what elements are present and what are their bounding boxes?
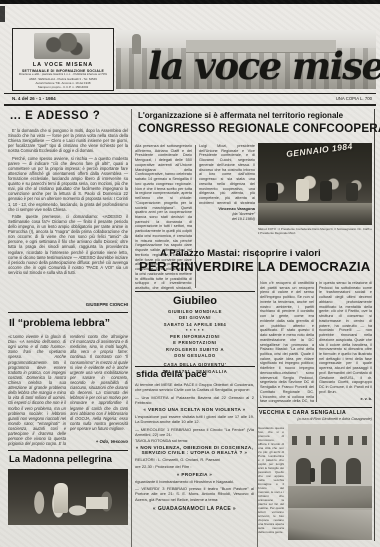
pace-tavola-title: « NON VIOLENZA, OBIEZIONE DI COSCIENZA, … — [135, 445, 254, 455]
building-arch-2 — [321, 458, 336, 484]
pace-film: ore 22.30 : Proiezione del Film : — [135, 464, 254, 469]
democrazia-col1: Non c'è recupero di credibilità dei part… — [260, 281, 314, 403]
congresso-photo-caption: NELLA FOTO : il Presidente Confederale D… — [258, 228, 372, 236]
congresso-headline: CONGRESSO REGIONALE CONFCOOPERATIVE — [138, 122, 376, 135]
newspaper-title: la voce misena — [148, 44, 380, 88]
pace-tavola: TAVOLA ROTONDA sul tema: — [135, 438, 254, 443]
building-wall-base — [288, 486, 372, 508]
pace-intro: Al termine del MESE della PACE il Gruppo… — [135, 382, 254, 392]
pace-film-note: riguardante il bombardamento di Hiroshim… — [135, 479, 254, 484]
logo-fineprint-4: Stampa in proprio - C.C.P. n. 15014602 — [16, 86, 110, 90]
building-foreground-street — [288, 510, 372, 540]
congresso-photo: GENNAIO 1984 — [258, 143, 372, 225]
divider-democrazia-cols — [316, 282, 317, 402]
lebbra-signature: + Odo, Vescovo — [70, 439, 128, 444]
adesso-headline: ... E ADESSO ? — [10, 110, 100, 122]
congresso-photo-banner-text: GENNAIO 1984 — [286, 143, 354, 159]
congresso-byline-source: (da "Avvenire" — [199, 212, 255, 216]
adesso-paragraph-1: E' la domanda che si pongono in molti, d… — [8, 128, 128, 154]
rule-above-vecchia — [258, 407, 372, 408]
rule-below-dateline — [4, 104, 376, 106]
adesso-paragraph-3: Fatte queste premesse, ci domandiamo: «A… — [8, 214, 128, 275]
democrazia-col2: In questo senso la relazione di Pedocci … — [319, 281, 372, 395]
building-arch-3 — [346, 458, 361, 484]
newspaper-front-page: LA VOCE MISENA SETTIMANALE DI INFORMAZIO… — [0, 0, 380, 547]
madonna-photo — [8, 469, 128, 525]
giubileo-line-8: DON GESUALDO — [135, 353, 255, 359]
madonna-headline: La Madonna pellegrina — [9, 454, 112, 465]
building-arch-1 — [296, 458, 311, 484]
logo-title: LA VOCE MISENA — [13, 62, 113, 68]
pace-mostra-title: « VERSO UNA SCELTA NON VIOLENTA » — [135, 407, 254, 412]
building-window-row — [292, 436, 368, 445]
issue-number: N. 4 del 26 - 1 - 1984 — [12, 96, 56, 101]
democrazia-headline: PER RINVERDIRE LA DEMOCRAZIA — [139, 259, 375, 274]
madonna-photo-priest-figure — [54, 483, 68, 513]
rule-above-madonna — [8, 450, 128, 451]
adesso-paragraph-2: Perché, come spesso avviene, si rischia … — [8, 156, 128, 212]
pace-film-title: « PROFEZIA » — [135, 472, 254, 477]
scan-edge-top — [0, 0, 380, 4]
lebbra-col2: rendersi conto che all'origine c'è manca… — [70, 334, 128, 438]
madonna-photo-altar-cloth — [86, 497, 108, 509]
lebbra-col1: «L'uomo vivente è la gloria di Dio». «A … — [8, 334, 66, 446]
divider-left-main — [131, 109, 132, 547]
rule-above-dateline — [4, 93, 376, 94]
congresso-photo-figure-1 — [266, 183, 278, 201]
adesso-body: E' la domanda che si pongono in molti, d… — [8, 128, 128, 300]
pace-headline: sfida della pace — [136, 369, 207, 380]
democrazia-kicker: A Palazzo Mastai: riscoprire i valori — [160, 248, 321, 259]
congresso-photo-figure-4 — [346, 183, 358, 201]
pace-mostra-note: L'esposizione può essere visitata tutti … — [135, 414, 254, 424]
congresso-col2: Luigi Miozi, presidente dell'Unione Regi… — [199, 144, 255, 204]
vecchia-subtitle: (a cura di Rino Girolimetti e Adria Casa… — [258, 417, 372, 421]
congresso-byline: Vincenzo Varagona — [199, 206, 255, 211]
pace-list: Al termine del MESE della PACE il Gruppo… — [135, 382, 254, 545]
panorama-tower — [132, 34, 141, 54]
democrazia-initials: e. v. b. — [319, 397, 372, 401]
congresso-photo-figure-2 — [296, 179, 309, 201]
giubileo-title: Giubileo — [135, 295, 255, 307]
vecchia-building-photo — [288, 424, 372, 540]
copy-price: UNA COPIA L. 700 — [296, 96, 372, 101]
rule-below-giubileo — [135, 366, 255, 367]
vecchia-title: VECCHIA E CARA SENIGALLIA — [259, 410, 346, 416]
congresso-photo-table — [258, 203, 372, 210]
congresso-byline-date: del 19.1.1984) — [199, 217, 255, 221]
adesso-signature: GIUSEPPE CIONCHI — [8, 302, 128, 307]
logo-town-photo — [34, 33, 90, 59]
vecchia-side-text: Guardando questa foto, che si è premura … — [258, 426, 284, 538]
rule-above-lebbra — [8, 312, 128, 313]
pace-mercoledi: — MERCOLEDI' 1 FEBBRAIO presso il Circol… — [135, 427, 254, 437]
lebbra-headline: Il “problema lebbra” — [9, 317, 110, 329]
scan-mark-corner — [0, 6, 5, 22]
congresso-kicker: L'organizzazione si è affermata nel terr… — [138, 111, 343, 120]
masthead-logo-box: LA VOCE MISENA SETTIMANALE DI INFORMAZIO… — [12, 28, 114, 91]
pace-mostra: — Una MOSTRA al Palazzetto Baviera dal 2… — [135, 395, 254, 405]
pace-finale: « GUADAGNAMOCI LA PACE » — [135, 506, 254, 512]
pace-relatori: RELATORI : L. Cimarelli, G. Orciani, R. … — [135, 457, 254, 462]
building-passerby-figure — [310, 468, 315, 482]
page-edge-right — [374, 109, 375, 541]
pace-venerdi: — VENERDI' 3 FEBBRAIO presso il teatro "… — [135, 486, 254, 502]
rule-above-giubileo — [135, 291, 255, 292]
congresso-photo-figure-3 — [320, 181, 332, 201]
